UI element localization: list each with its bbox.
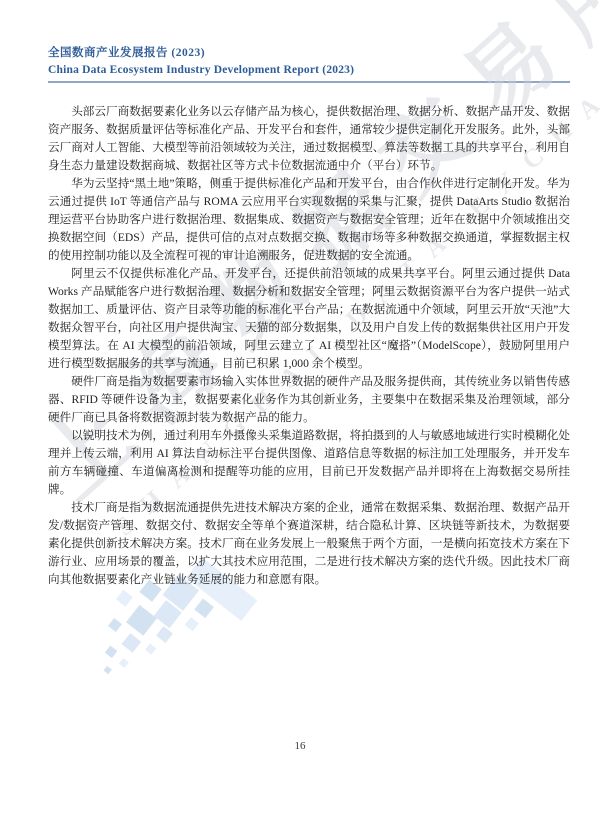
paragraph-ali-cloud: 阿里云不仅提供标准化产品、开发平台，还提供前沿领域的成果共享平台。阿里云通过提供… <box>48 265 570 373</box>
body-text: 头部云厂商数据要素化业务以云存储产品为核心，提供数据治理、数据分析、数据产品开发… <box>48 103 570 589</box>
paragraph-cloud-vendors: 头部云厂商数据要素化业务以云存储产品为核心，提供数据治理、数据分析、数据产品开发… <box>48 103 570 175</box>
page-footer: 16 <box>0 740 600 752</box>
paragraph-streamax-example: 以锐明技术为例，通过利用车外摄像头采集道路数据，将拍摄到的人与敏感地域进行实时模… <box>48 427 570 499</box>
paragraph-hardware-vendors: 硬件厂商是指为数据要素市场输入实体世界数据的硬件产品及服务提供商，其传统业务以销… <box>48 373 570 427</box>
report-title-zh: 全国数商产业发展报告 (2023) <box>48 44 570 60</box>
header-rule <box>48 81 570 83</box>
page-number: 16 <box>295 740 306 752</box>
paragraph-huawei-cloud: 华为云坚持“黑土地”策略，侧重于提供标准化产品和开发平台，由合作伙伴进行定制化开… <box>48 175 570 265</box>
paragraph-tech-vendors: 技术厂商是指为数据流通提供先进技术解决方案的企业，通常在数据采集、数据治理、数据… <box>48 499 570 589</box>
report-header: 全国数商产业发展报告 (2023) China Data Ecosystem I… <box>48 44 570 83</box>
document-page: 上海数据交易所 SHANGHAI DATA EXCHANGE 全国数商产业发展报… <box>0 0 600 813</box>
report-title-en: China Data Ecosystem Industry Developmen… <box>48 64 570 76</box>
